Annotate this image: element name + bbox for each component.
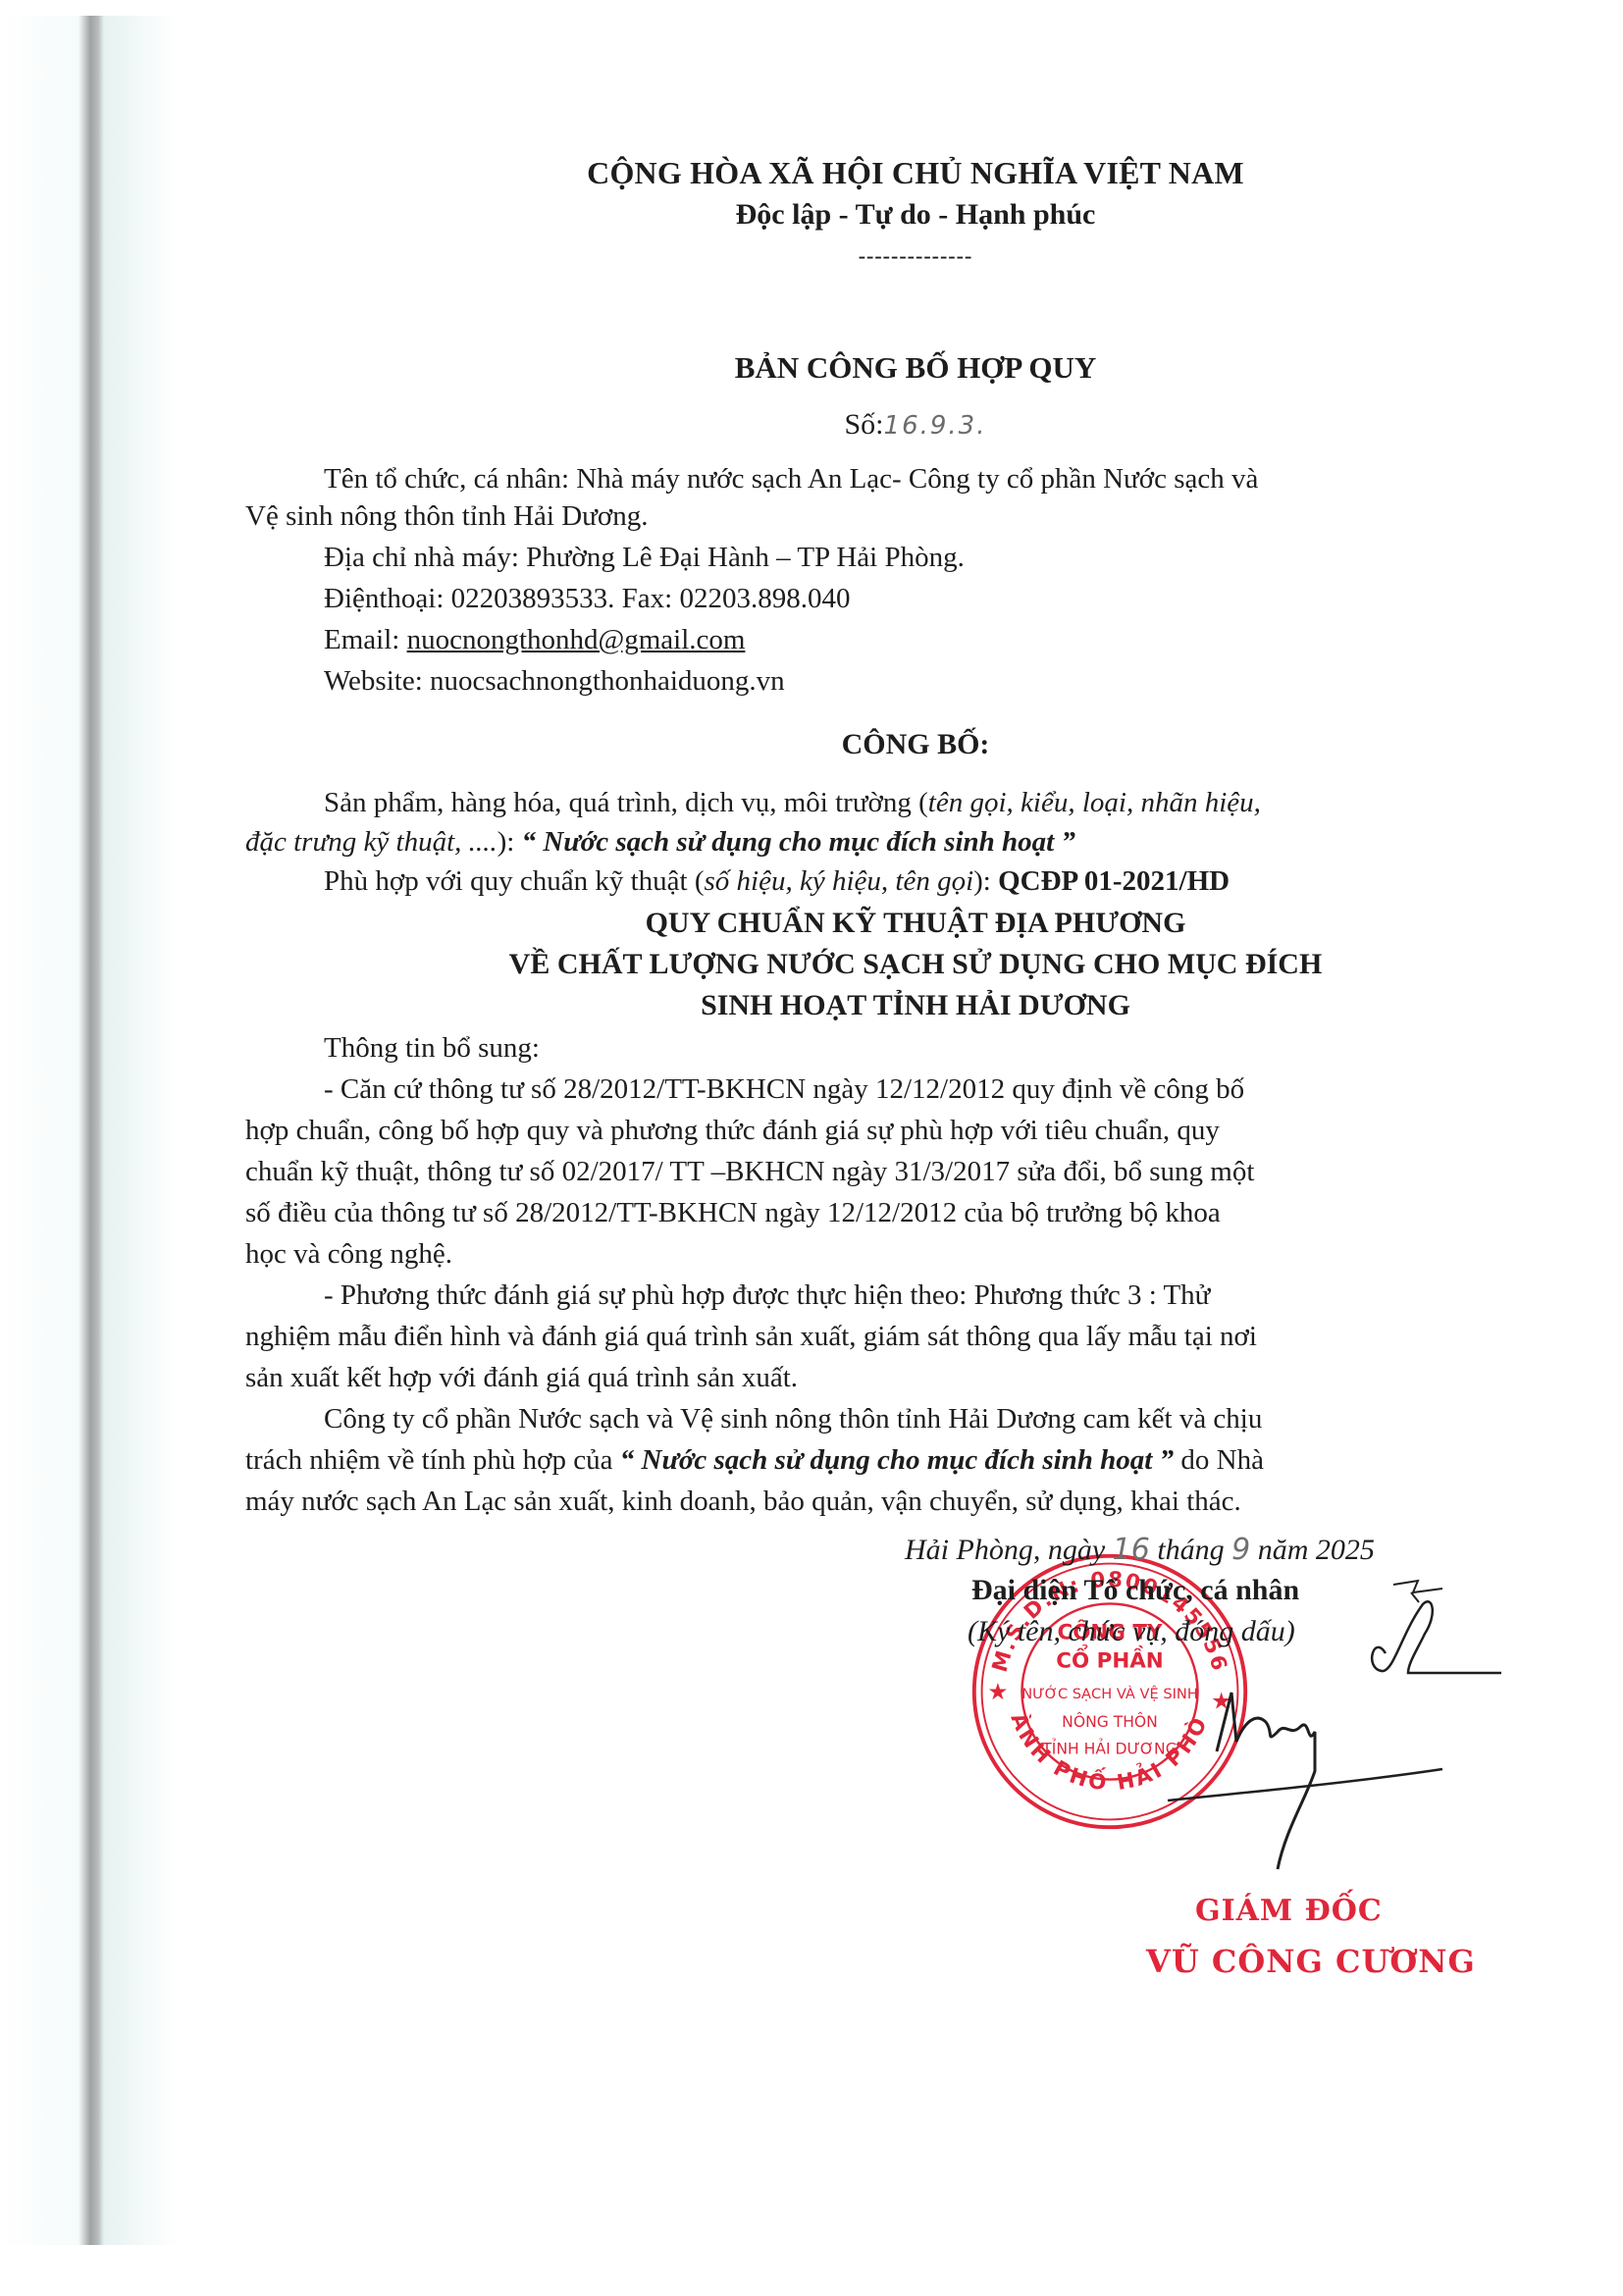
signature-icon xyxy=(1021,1575,1511,1889)
header-rule: -------------- xyxy=(332,237,1499,274)
commitment-line-3: máy nước sạch An Lạc sản xuất, kinh doan… xyxy=(245,1484,1241,1520)
document-title: BẢN CÔNG BỐ HỢP QUY xyxy=(332,349,1499,386)
signing-month: 9 xyxy=(1231,1533,1250,1567)
standard-line: Phù hợp với quy chuẩn kỹ thuật (số hiệu,… xyxy=(324,863,1230,900)
basis-line-1: - Căn cứ thông tư số 28/2012/TT-BKHCN ng… xyxy=(324,1071,1244,1108)
org-website: Website: nuocsachnongthonhaiduong.vn xyxy=(324,663,785,700)
svg-text:★: ★ xyxy=(987,1680,1008,1705)
document-number: Số:16.9.3. xyxy=(332,406,1499,444)
org-email: Email: nuocnongthonhd@gmail.com xyxy=(324,622,745,658)
additional-info-heading: Thông tin bổ sung: xyxy=(324,1030,540,1067)
method-line-1: - Phương thức đánh giá sự phù hợp được t… xyxy=(324,1278,1210,1314)
standard-title-line-1: QUY CHUẨN KỸ THUẬT ĐỊA PHƯƠNG xyxy=(332,905,1499,941)
standard-title-line-3: SINH HOẠT TỈNH HẢI DƯƠNG xyxy=(332,987,1499,1023)
scan-edge-shadow xyxy=(0,16,177,2245)
national-motto: Độc lập - Tự do - Hạnh phúc xyxy=(332,196,1499,233)
basis-line-4: số điều của thông tư số 28/2012/TT-BKHCN… xyxy=(245,1195,1221,1231)
basis-line-2: hợp chuẩn, công bố hợp quy và phương thứ… xyxy=(245,1113,1220,1149)
method-line-2: nghiệm mẫu điển hình và đánh giá quá trì… xyxy=(245,1319,1257,1355)
standard-code: QCĐP 01-2021/HD xyxy=(998,865,1230,897)
signing-date: Hải Phòng, ngày 16 tháng 9 năm 2025 xyxy=(905,1533,1375,1567)
signing-day: 16 xyxy=(1113,1533,1150,1567)
method-line-3: sản xuất kết hợp với đánh giá quá trình … xyxy=(245,1360,798,1396)
product-line-2: đặc trưng kỹ thuật, ....): “ Nước sạch s… xyxy=(245,824,1075,861)
product-line-1: Sản phẩm, hàng hóa, quá trình, dịch vụ, … xyxy=(324,785,1261,821)
document-number-label: Số: xyxy=(845,408,884,441)
product-name: “ Nước sạch sử dụng cho mục đích sinh ho… xyxy=(522,826,1075,858)
org-phone-fax: Điệnthoại: 02203893533. Fax: 02203.898.0… xyxy=(324,581,850,617)
org-name-line-2: Vệ sinh nông thôn tỉnh Hải Dương. xyxy=(245,498,648,535)
signer-name: VŨ CÔNG CƯƠNG xyxy=(1146,1943,1476,1980)
signer-position: GIÁM ĐỐC xyxy=(1195,1894,1383,1928)
org-address: Địa chỉ nhà máy: Phường Lê Đại Hành – TP… xyxy=(324,540,965,576)
basis-line-5: học và công nghệ. xyxy=(245,1236,452,1273)
national-title: CỘNG HÒA XÃ HỘI CHỦ NGHĨA VIỆT NAM xyxy=(332,155,1499,191)
standard-title-line-2: VỀ CHẤT LƯỢNG NƯỚC SẠCH SỬ DỤNG CHO MỤC … xyxy=(332,946,1499,982)
org-name-line-1: Tên tổ chức, cá nhân: Nhà máy nước sạch … xyxy=(324,461,1258,497)
email-link[interactable]: nuocnongthonhd@gmail.com xyxy=(407,624,746,655)
declaration-heading: CÔNG BỐ: xyxy=(332,726,1499,762)
commitment-line-1: Công ty cổ phần Nước sạch và Vệ sinh nôn… xyxy=(324,1401,1262,1437)
commitment-line-2: trách nhiệm về tính phù hợp của “ Nước s… xyxy=(245,1442,1264,1479)
basis-line-3: chuẩn kỹ thuật, thông tư số 02/2017/ TT … xyxy=(245,1154,1254,1190)
email-label: Email: xyxy=(324,624,407,655)
document-number-value: 16.9.3. xyxy=(884,411,987,441)
